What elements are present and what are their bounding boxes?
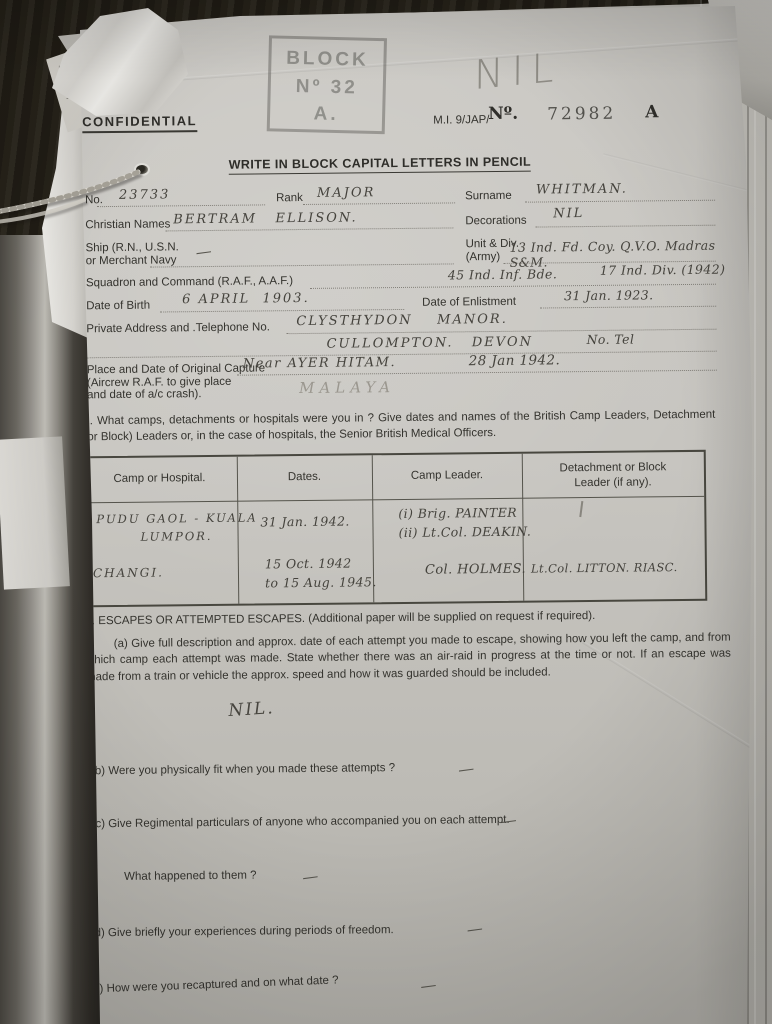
answer-2a-nil: NIL. xyxy=(228,698,275,721)
answer-2e-dash: — xyxy=(419,975,437,996)
field-value-address-2: CULLOMPTON. DEVON xyxy=(326,335,533,352)
block-capitals-instruction: WRITE IN BLOCK CAPITAL LETTERS IN PENCIL xyxy=(229,155,532,175)
field-value-dob: 6 APRIL 1903. xyxy=(182,291,310,307)
series-letter: A xyxy=(645,102,658,122)
serial-number: 72982 xyxy=(547,104,616,125)
photo-of-pow-form: { "header": { "confidential": "CONFIDENT… xyxy=(0,0,772,1024)
field-value-address-tel: No. Tel xyxy=(586,332,634,347)
table-cell-dates: 15 Oct. 1942 to 15 Aug. 1945. xyxy=(265,553,377,593)
white-sheet-left xyxy=(0,436,70,589)
question-2c-text: (c) Give Regimental particulars of anyon… xyxy=(92,812,510,833)
dotted-line xyxy=(310,282,716,289)
page-edges-left xyxy=(0,235,102,1024)
table-cell-dates: 31 Jan. 1942. xyxy=(260,514,349,530)
dotted-line xyxy=(540,304,716,309)
field-value-surname: WHITMAN. xyxy=(536,182,628,198)
field-value-decorations: NIL xyxy=(553,206,584,221)
table-header-detachment: Detachment or Block Leader (if any). xyxy=(522,460,704,492)
table-cell-camp: PUDU GAOL - KUALA xyxy=(96,510,257,526)
table-cell-leader: Col. HOLMES. xyxy=(425,562,526,578)
field-label-rank: Rank xyxy=(276,191,303,206)
pencil-malaya-annotation: MALAYA xyxy=(299,378,395,397)
table-header-dates: Dates. xyxy=(237,469,372,485)
dotted-line xyxy=(160,307,404,313)
field-value-address-1: CLYSTHYDON MANOR. xyxy=(296,312,508,329)
answer-2c-dash: — xyxy=(499,810,517,831)
field-label-enlistment: Date of Enlistment xyxy=(422,295,516,310)
pencil-nil-annotation: NIL xyxy=(474,44,562,99)
dotted-line xyxy=(150,261,454,267)
field-label-capture-3: and date of a/c crash). xyxy=(87,387,202,403)
ship-nil-dash: — xyxy=(194,241,212,262)
question-2c-what-happened: What happened to them ? xyxy=(124,868,257,886)
camps-table: Camp or Hospital. Dates. Camp Leader. De… xyxy=(80,450,708,608)
field-value-capture-place: Near AYER HITAM. xyxy=(243,355,396,372)
answer-2d-dash: — xyxy=(466,918,484,939)
field-label-decorations: Decorations xyxy=(465,214,527,229)
block-number-stamp: BLOCK Nº 32 A. xyxy=(267,35,387,134)
table-cell-camp: LUMPOR. xyxy=(141,529,213,544)
answer-2b-dash: — xyxy=(457,758,475,779)
field-label-surname: Surname xyxy=(465,189,512,204)
field-value-enlistment: 31 Jan. 1923. xyxy=(564,287,653,303)
table-header-divider xyxy=(82,496,704,504)
question-2d-text: (d) Give briefly your experiences during… xyxy=(91,922,394,942)
field-label-squadron: Squadron and Command (R.A.F., A.A.F.) xyxy=(86,274,293,291)
table-cell-camp: CHANGI. xyxy=(93,565,164,580)
table-header-leader: Camp Leader. xyxy=(372,468,522,485)
field-label-address: Private Address and .Telephone No. xyxy=(86,320,270,336)
table-cell-leader: (i) Brig. PAINTER (ii) Lt.Col. DEAKIN. xyxy=(398,504,531,543)
field-value-unit-line2a: 45 Ind. Inf. Bde. xyxy=(448,266,557,282)
question-2-heading: 2. ESCAPES OR ATTEMPTED ESCAPES. (Additi… xyxy=(85,607,725,630)
form-reference: M.I. 9/JAP/ xyxy=(433,113,489,128)
table-header-camp: Camp or Hospital. xyxy=(82,471,237,488)
answer-what-dash: — xyxy=(301,866,319,887)
field-label-dob: Date of Birth xyxy=(86,299,150,314)
field-label-unit-2: (Army) xyxy=(466,250,501,265)
pencil-mark xyxy=(579,501,583,517)
question-2b-text: (b) Were you physically fit when you mad… xyxy=(91,760,395,780)
table-cell-detachment: Lt.Col. LITTON. RIASC. xyxy=(531,560,678,576)
dotted-line xyxy=(525,198,715,203)
dotted-line xyxy=(303,200,455,205)
question-2a-text: (a) Give full description and approx. da… xyxy=(86,630,731,686)
field-value-capture-date: 28 Jan 1942. xyxy=(469,352,561,369)
serial-no-label: Nº. xyxy=(488,104,518,124)
question-2e-text: (e) How were you recaptured and on what … xyxy=(89,972,339,997)
field-value-rank: MAJOR xyxy=(317,185,376,201)
field-value-unit-line2b: 17 Ind. Div. (1942) xyxy=(600,262,726,278)
field-value-christian-names: BERTRAM ELLISON. xyxy=(173,210,357,227)
question-1-text: 1. What camps, detachments or hospitals … xyxy=(83,407,715,446)
tag-string xyxy=(0,0,200,240)
dotted-line xyxy=(535,223,715,228)
